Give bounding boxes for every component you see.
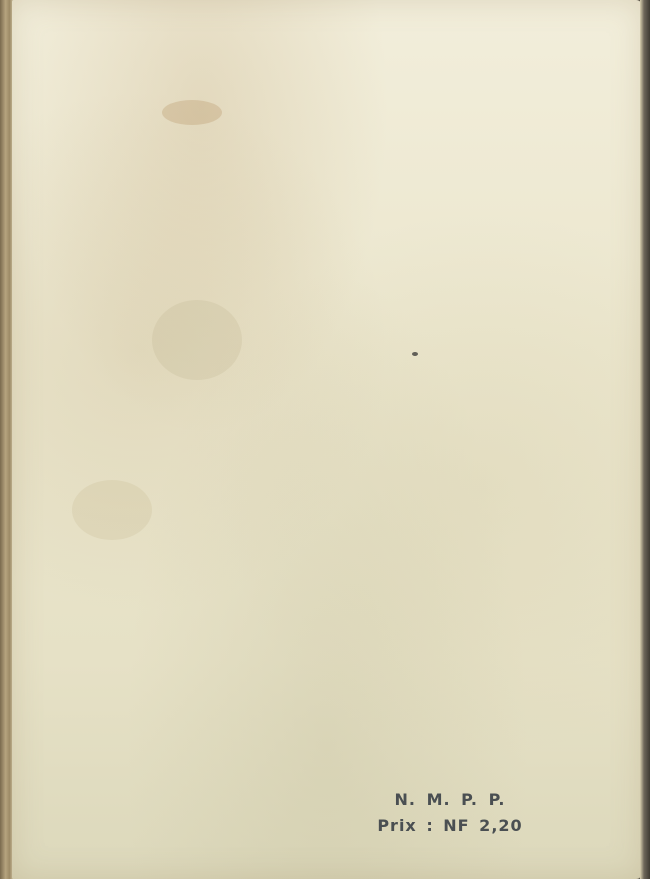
stain [412,352,418,356]
price-stamp: N. M. P. P. Prix : NF 2,20 [352,788,548,840]
page-edge [640,0,650,879]
stain [72,480,152,540]
stain [162,100,222,125]
distributor-text: N. M. P. P. [352,788,548,812]
stain [152,300,242,380]
book-back-cover [12,0,642,879]
price-text: Prix : NF 2,20 [352,812,548,840]
